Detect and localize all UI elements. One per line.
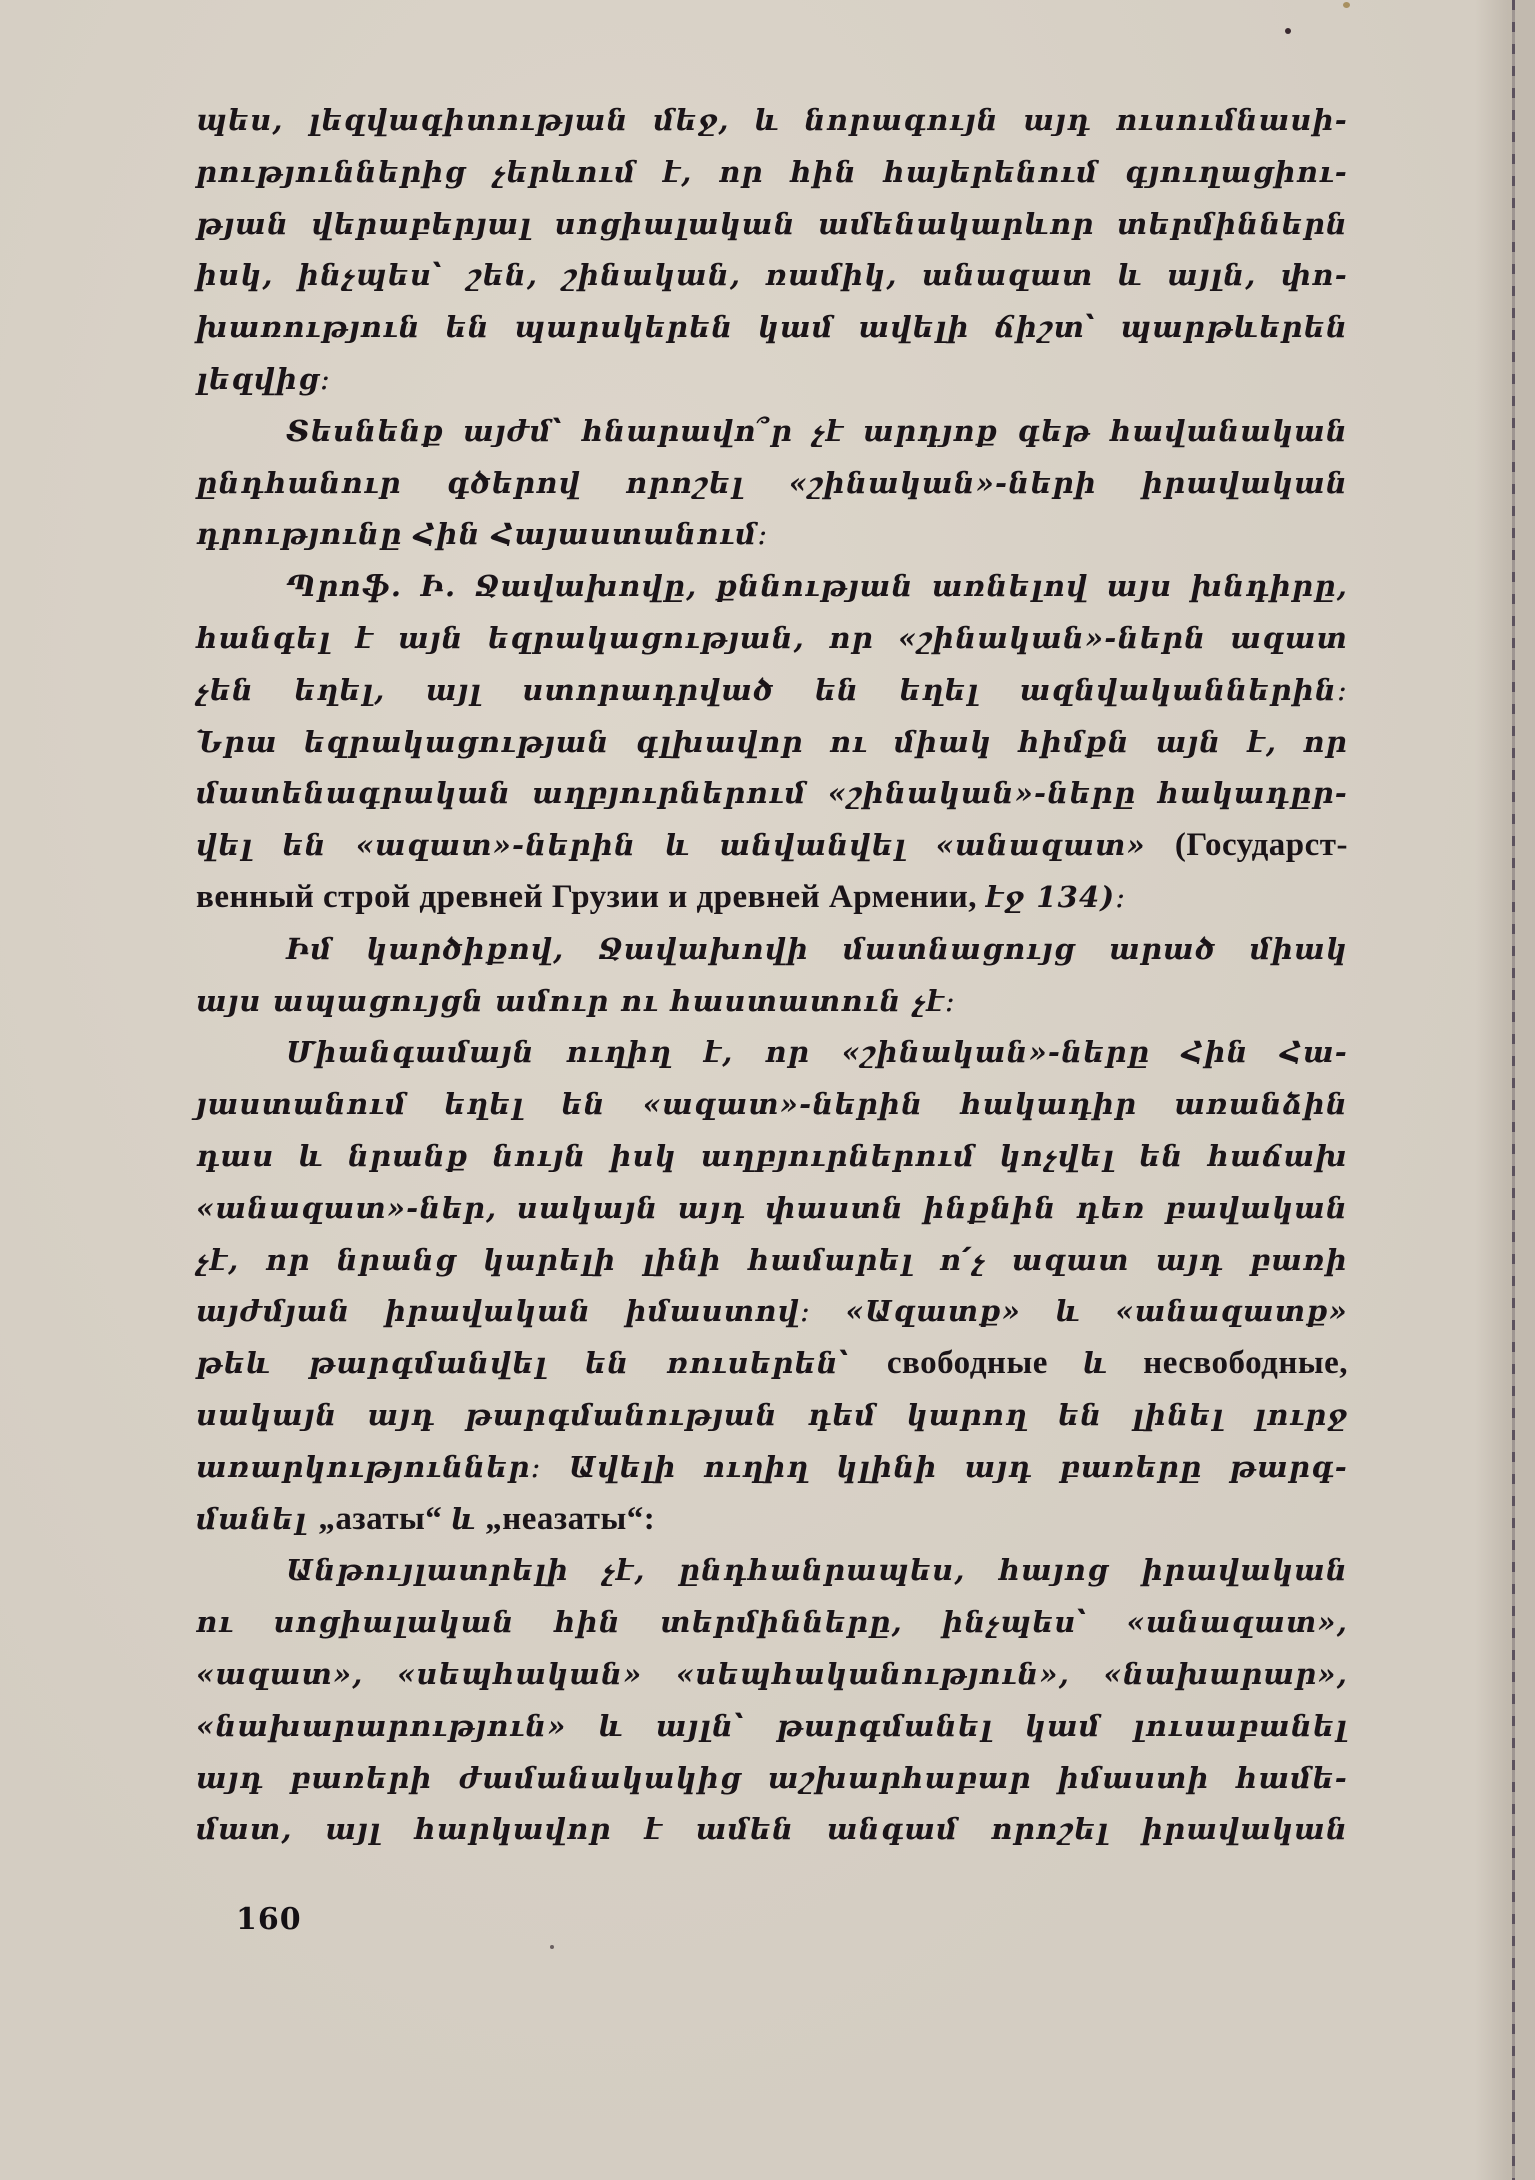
armenian-text-span: պես, լեզվագիտության մեջ, և նորագույն այդ… xyxy=(196,103,1348,137)
text-line: առարկություններ։ Ավելի ուղիղ կլինի այդ բ… xyxy=(196,1442,1348,1494)
armenian-text-span: իսկ, ինչպես՝ շեն, շինական, ռամիկ, անազատ… xyxy=(196,258,1348,292)
text-line: «անազատ»-ներ, սակայն այդ փաստն ինքնին դե… xyxy=(196,1183,1348,1235)
page-number: 160 xyxy=(236,1902,302,1937)
armenian-text-span: սակայն այդ թարգմանության դեմ կարող են լի… xyxy=(196,1398,1348,1432)
text-line: խառություն են պարսկերեն կամ ավելի ճիշտ՝ … xyxy=(196,302,1348,354)
text-line: մատ, այլ հարկավոր է ամեն անգամ որոշել իր… xyxy=(196,1804,1348,1856)
text-line: Իմ կարծիքով, Ջավախովի մատնացույց արած մի… xyxy=(196,924,1348,976)
text-line: Միանգամայն ուղիղ է, որ «շինական»-ները Հի… xyxy=(196,1027,1348,1079)
text-line: դաս և նրանք նույն իսկ աղբյուրներում կոչվ… xyxy=(196,1131,1348,1183)
armenian-text-span: ու սոցիալական հին տերմինները, ինչպես՝ «ա… xyxy=(196,1605,1348,1639)
text-line: «նախարարություն» և այլն՝ թարգմանել կամ լ… xyxy=(196,1701,1348,1753)
armenian-text-span: այժմյան իրավական իմաստով։ «Ազատք» և «անա… xyxy=(196,1294,1348,1328)
text-line: րություններից չերևում է, որ հին հայերենո… xyxy=(196,147,1348,199)
armenian-text-span: խառություն են պարսկերեն կամ ավելի ճիշտ՝ … xyxy=(196,310,1348,344)
text-line: այդ բառերի ժամանակակից աշխարհաբար իմաստի… xyxy=(196,1753,1348,1805)
armenian-text-span: չեն եղել, այլ ստորադրված են եղել ազնվակա… xyxy=(196,673,1348,707)
text-line: «ազատ», «սեպհական» «սեպհականություն», «ն… xyxy=(196,1649,1348,1701)
paper-speck xyxy=(1343,2,1350,8)
book-page: պես, լեզվագիտության մեջ, և նորագույն այդ… xyxy=(0,0,1535,2180)
text-line: ու սոցիալական հին տերմինները, ինչպես՝ «ա… xyxy=(196,1597,1348,1649)
armenian-text-span: մատենագրական աղբյուրներում «շինական»-ներ… xyxy=(196,776,1348,810)
text-line: չեն եղել, այլ ստորադրված են եղել ազնվակա… xyxy=(196,665,1348,717)
binding-shadow xyxy=(1475,0,1535,2180)
armenian-text-span: Միանգամայն ուղիղ է, որ «շինական»-ները Հի… xyxy=(286,1035,1348,1069)
armenian-text-span: հանգել է այն եզրակացության, որ «շինական»… xyxy=(196,621,1348,655)
text-line: հանգել է այն եզրակացության, որ «շինական»… xyxy=(196,613,1348,665)
armenian-text-span: այդ բառերի ժամանակակից աշխարհաբար իմաստի… xyxy=(196,1761,1348,1795)
armenian-text-span: դաս և նրանք նույն իսկ աղբյուրներում կոչվ… xyxy=(196,1139,1348,1173)
armenian-text-span: «անազատ»-ներ, սակայն այդ փաստն ինքնին դե… xyxy=(196,1191,1348,1225)
text-line: յաստանում եղել են «ազատ»-ներին հակադիր ա… xyxy=(196,1079,1348,1131)
armenian-text-span: դրությունը Հին Հայաստանում։ xyxy=(196,517,768,551)
armenian-text-span: մանել xyxy=(196,1502,318,1536)
text-line: լեզվից։ xyxy=(196,354,1348,406)
text-line: դրությունը Հին Հայաստանում։ xyxy=(196,509,1348,561)
armenian-text-span: այս ապացույցն ամուր ու հաստատուն չէ։ xyxy=(196,984,956,1018)
armenian-text-span: թեև թարգմանվել են ռուսերեն՝ xyxy=(196,1346,887,1380)
text-line: պես, լեզվագիտության մեջ, և նորագույն այդ… xyxy=(196,95,1348,147)
russian-text-span: свободные xyxy=(887,1345,1083,1381)
russian-text-span: „неазаты“: xyxy=(476,1501,655,1537)
text-line: венный строй древней Грузии и древней Ар… xyxy=(196,872,1348,924)
armenian-text-span: Տեսնենք այժմ՝ հնարավո՞ր չէ արդյոք գեթ հա… xyxy=(286,414,1348,448)
text-line: Անթույլատրելի չէ, ընդհանրապես, հայոց իրա… xyxy=(196,1545,1348,1597)
armenian-text-span: լեզվից։ xyxy=(196,362,331,396)
armenian-text-span: Պրոֆ. Ի. Ջավախովը, քննության առնելով այս… xyxy=(286,569,1348,603)
russian-text-span: „азаты“ xyxy=(318,1501,451,1537)
russian-text-span: венный строй древней Грузии и древней Ар… xyxy=(196,879,986,915)
text-line: մատենագրական աղբյուրներում «շինական»-ներ… xyxy=(196,768,1348,820)
text-line: իսկ, ինչպես՝ շեն, շինական, ռամիկ, անազատ… xyxy=(196,250,1348,302)
text-line: թեև թարգմանվել են ռուսերեն՝ свободные և … xyxy=(196,1338,1348,1390)
paper-speck xyxy=(550,1945,554,1949)
text-line: Նրա եզրակացության գլխավոր ու միակ հիմքն … xyxy=(196,717,1348,769)
armenian-text-span: Իմ կարծիքով, Ջավախովի մատնացույց արած մի… xyxy=(286,932,1348,966)
armenian-text-span: վել են «ազատ»-ներին և անվանվել «անազատ» xyxy=(196,828,1175,862)
armenian-text-span: «նախարարություն» և այլն՝ թարգմանել կամ լ… xyxy=(196,1709,1348,1743)
armenian-text-span: յաստանում եղել են «ազատ»-ներին հակադիր ա… xyxy=(196,1087,1348,1121)
russian-text-span: несвободные, xyxy=(1108,1345,1348,1381)
text-line: վել են «ազատ»-ներին և անվանվել «անազատ» … xyxy=(196,820,1348,872)
armenian-text-span: և xyxy=(451,1502,476,1536)
armenian-text-span: թյան վերաբերյալ սոցիալական ամենակարևոր տ… xyxy=(196,207,1348,241)
armenian-text-span: առարկություններ։ Ավելի ուղիղ կլինի այդ բ… xyxy=(196,1450,1348,1484)
text-line: ընդհանուր գծերով որոշել «շինական»-ների ի… xyxy=(196,458,1348,510)
armenian-text-span: և xyxy=(1083,1346,1108,1380)
text-line: մանել „азаты“ և „неазаты“: xyxy=(196,1494,1348,1546)
armenian-text-span: րություններից չերևում է, որ հին հայերենո… xyxy=(196,155,1348,189)
paper-speck xyxy=(1285,28,1291,34)
armenian-text-span: մատ, այլ հարկավոր է ամեն անգամ որոշել իր… xyxy=(196,1812,1348,1846)
armenian-text-span: ընդհանուր գծերով որոշել «շինական»-ների ի… xyxy=(196,466,1348,500)
russian-text-span: (Государст- xyxy=(1175,827,1348,863)
text-line: թյան վերաբերյալ սոցիալական ամենակարևոր տ… xyxy=(196,199,1348,251)
page-edge-line xyxy=(1512,0,1515,2180)
text-line: Տեսնենք այժմ՝ հնարավո՞ր չէ արդյոք գեթ հա… xyxy=(196,406,1348,458)
armenian-text-span: «ազատ», «սեպհական» «սեպհականություն», «ն… xyxy=(196,1657,1348,1691)
text-line: այժմյան իրավական իմաստով։ «Ազատք» և «անա… xyxy=(196,1286,1348,1338)
text-line: Պրոֆ. Ի. Ջավախովը, քննության առնելով այս… xyxy=(196,561,1348,613)
armenian-text-span: էջ 134)։ xyxy=(986,880,1127,914)
body-text: պես, լեզվագիտության մեջ, և նորագույն այդ… xyxy=(196,95,1348,1856)
text-line: չէ, որ նրանց կարելի լինի համարել ո՛չ ազա… xyxy=(196,1235,1348,1287)
armenian-text-span: Նրա եզրակացության գլխավոր ու միակ հիմքն … xyxy=(196,725,1348,759)
armenian-text-span: Անթույլատրելի չէ, ընդհանրապես, հայոց իրա… xyxy=(286,1553,1348,1587)
text-line: սակայն այդ թարգմանության դեմ կարող են լի… xyxy=(196,1390,1348,1442)
armenian-text-span: չէ, որ նրանց կարելի լինի համարել ո՛չ ազա… xyxy=(196,1243,1348,1277)
text-line: այս ապացույցն ամուր ու հաստատուն չէ։ xyxy=(196,976,1348,1028)
